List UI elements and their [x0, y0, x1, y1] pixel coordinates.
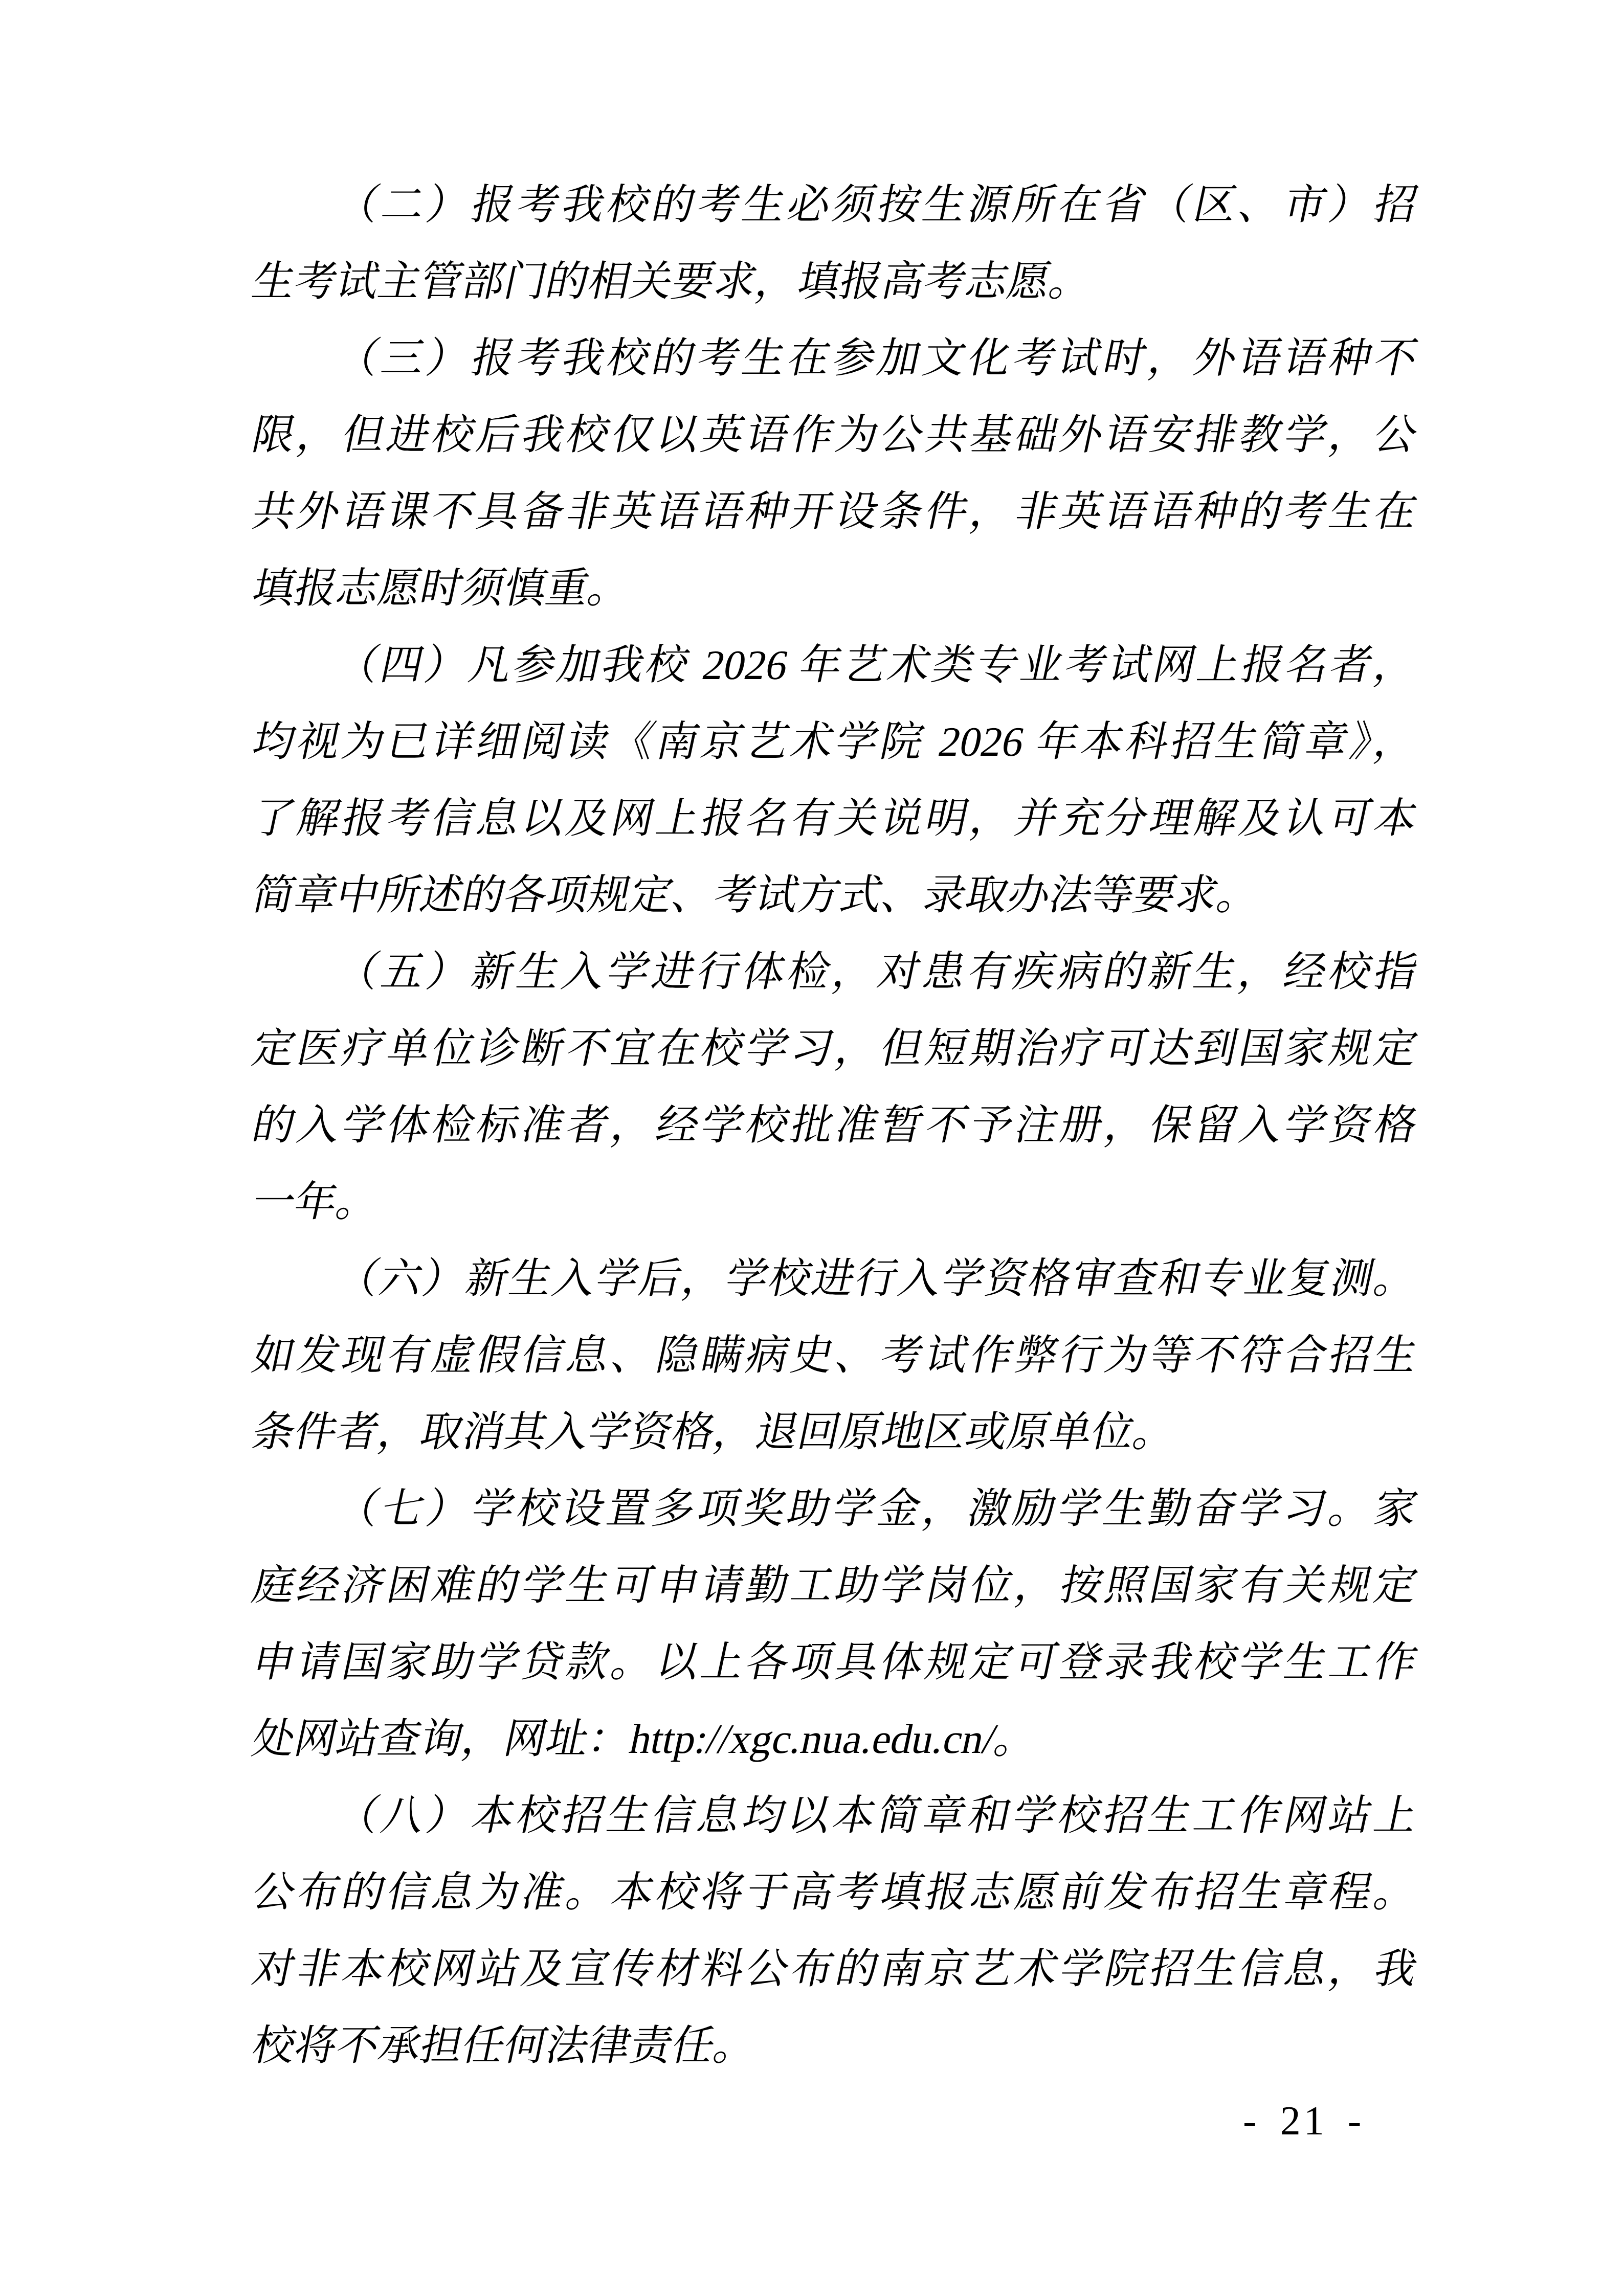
- text-line: 条件者，取消其入学资格，退回原地区或原单位。: [245, 1394, 1425, 1471]
- text-line: （六）新生入学后，学校进行入学资格审查和专业复测。: [245, 1241, 1425, 1317]
- page-number: - 21 -: [1243, 2096, 1364, 2147]
- text-line: 对非本校网站及宣传材料公布的南京艺术学院招生信息，我: [245, 1931, 1425, 2008]
- text-line: （八）本校招生信息均以本简章和学校招生工作网站上: [245, 1777, 1425, 1854]
- text-line: 了解报考信息以及网上报名有关说明，并充分理解及认可本: [245, 780, 1425, 857]
- text-line: 限，但进校后我校仅以英语作为公共基础外语安排教学，公: [245, 397, 1425, 474]
- document-body: （二）报考我校的考生必须按生源所在省（区、市）招生考试主管部门的相关要求，填报高…: [253, 167, 1417, 2084]
- text-line: 共外语课不具备非英语语种开设条件，非英语语种的考生在: [245, 474, 1425, 550]
- document-page: （二）报考我校的考生必须按生源所在省（区、市）招生考试主管部门的相关要求，填报高…: [0, 0, 1624, 2296]
- text-line: 填报志愿时须慎重。: [245, 550, 1425, 627]
- text-line: （四）凡参加我校 2026 年艺术类专业考试网上报名者，: [245, 627, 1425, 704]
- text-line: 一年。: [245, 1164, 1425, 1241]
- text-line: 简章中所述的各项规定、考试方式、录取办法等要求。: [245, 857, 1425, 934]
- text-line: （五）新生入学进行体检，对患有疾病的新生，经校指: [245, 934, 1425, 1010]
- text-line: 生考试主管部门的相关要求，填报高考志愿。: [245, 243, 1425, 320]
- text-line: 如发现有虚假信息、隐瞒病史、考试作弊行为等不符合招生: [245, 1317, 1425, 1394]
- text-line: （二）报考我校的考生必须按生源所在省（区、市）招: [245, 167, 1425, 243]
- text-line: （七）学校设置多项奖助学金，激励学生勤奋学习。家: [245, 1471, 1425, 1547]
- text-line: 定医疗单位诊断不宜在校学习，但短期治疗可达到国家规定: [245, 1010, 1425, 1087]
- text-line: 校将不承担任何法律责任。: [245, 2008, 1425, 2084]
- text-line: 的入学体检标准者，经学校批准暂不予注册，保留入学资格: [245, 1087, 1425, 1164]
- text-line: 庭经济困难的学生可申请勤工助学岗位，按照国家有关规定: [245, 1547, 1425, 1624]
- text-line: （三）报考我校的考生在参加文化考试时，外语语种不: [245, 320, 1425, 397]
- text-line: 公布的信息为准。本校将于高考填报志愿前发布招生章程。: [245, 1854, 1425, 1931]
- text-line: 均视为已详细阅读《南京艺术学院 2026 年本科招生简章》，: [245, 704, 1425, 780]
- text-line: 处网站查询，网址：http://xgc.nua.edu.cn/。: [245, 1701, 1425, 1777]
- text-line: 申请国家助学贷款。以上各项具体规定可登录我校学生工作: [245, 1624, 1425, 1701]
